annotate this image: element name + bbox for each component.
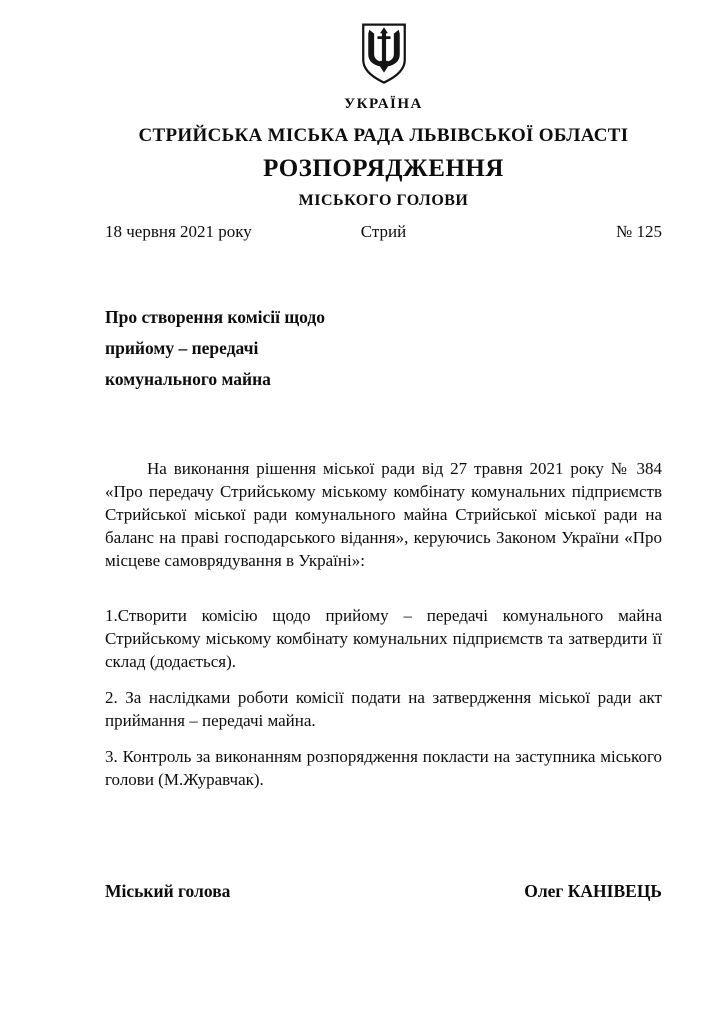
emblem-container [105,22,662,91]
document-place: Стрий [361,222,406,242]
subject-block: Про створення комісії щодо прийому – пер… [105,302,445,395]
ukraine-trident-icon [358,22,410,91]
date-place-number-row: 18 червня 2021 року Стрий № 125 [105,222,662,242]
authority-title: СТРИЙСЬКА МІСЬКА РАДА ЛЬВІВСЬКОЇ ОБЛАСТІ [105,125,662,147]
document-subtype-title: МІСЬКОГО ГОЛОВИ [105,192,662,210]
signer-name: Олег КАНІВЕЦЬ [524,881,662,902]
document-type-title: РОЗПОРЯДЖЕННЯ [105,155,662,183]
document-number: № 125 [406,222,662,242]
order-item-3: 3. Контроль за виконанням розпорядження … [105,745,662,791]
subject-line-1: Про створення комісії щодо [105,302,445,333]
document-page: УКРАЇНА СТРИЙСЬКА МІСЬКА РАДА ЛЬВІВСЬКОЇ… [0,0,724,1024]
signature-row: Міський голова Олег КАНІВЕЦЬ [105,881,662,902]
order-item-1: 1.Створити комісію щодо прийому – переда… [105,604,662,673]
order-item-2: 2. За наслідками роботи комісії подати н… [105,686,662,732]
document-date: 18 червня 2021 року [105,222,361,242]
country-label: УКРАЇНА [105,96,662,113]
preamble-paragraph: На виконання рішення міської ради від 27… [105,457,662,572]
subject-line-3: комунального майна [105,364,445,395]
subject-line-2: прийому – передачі [105,333,445,364]
signer-title: Міський голова [105,881,230,902]
